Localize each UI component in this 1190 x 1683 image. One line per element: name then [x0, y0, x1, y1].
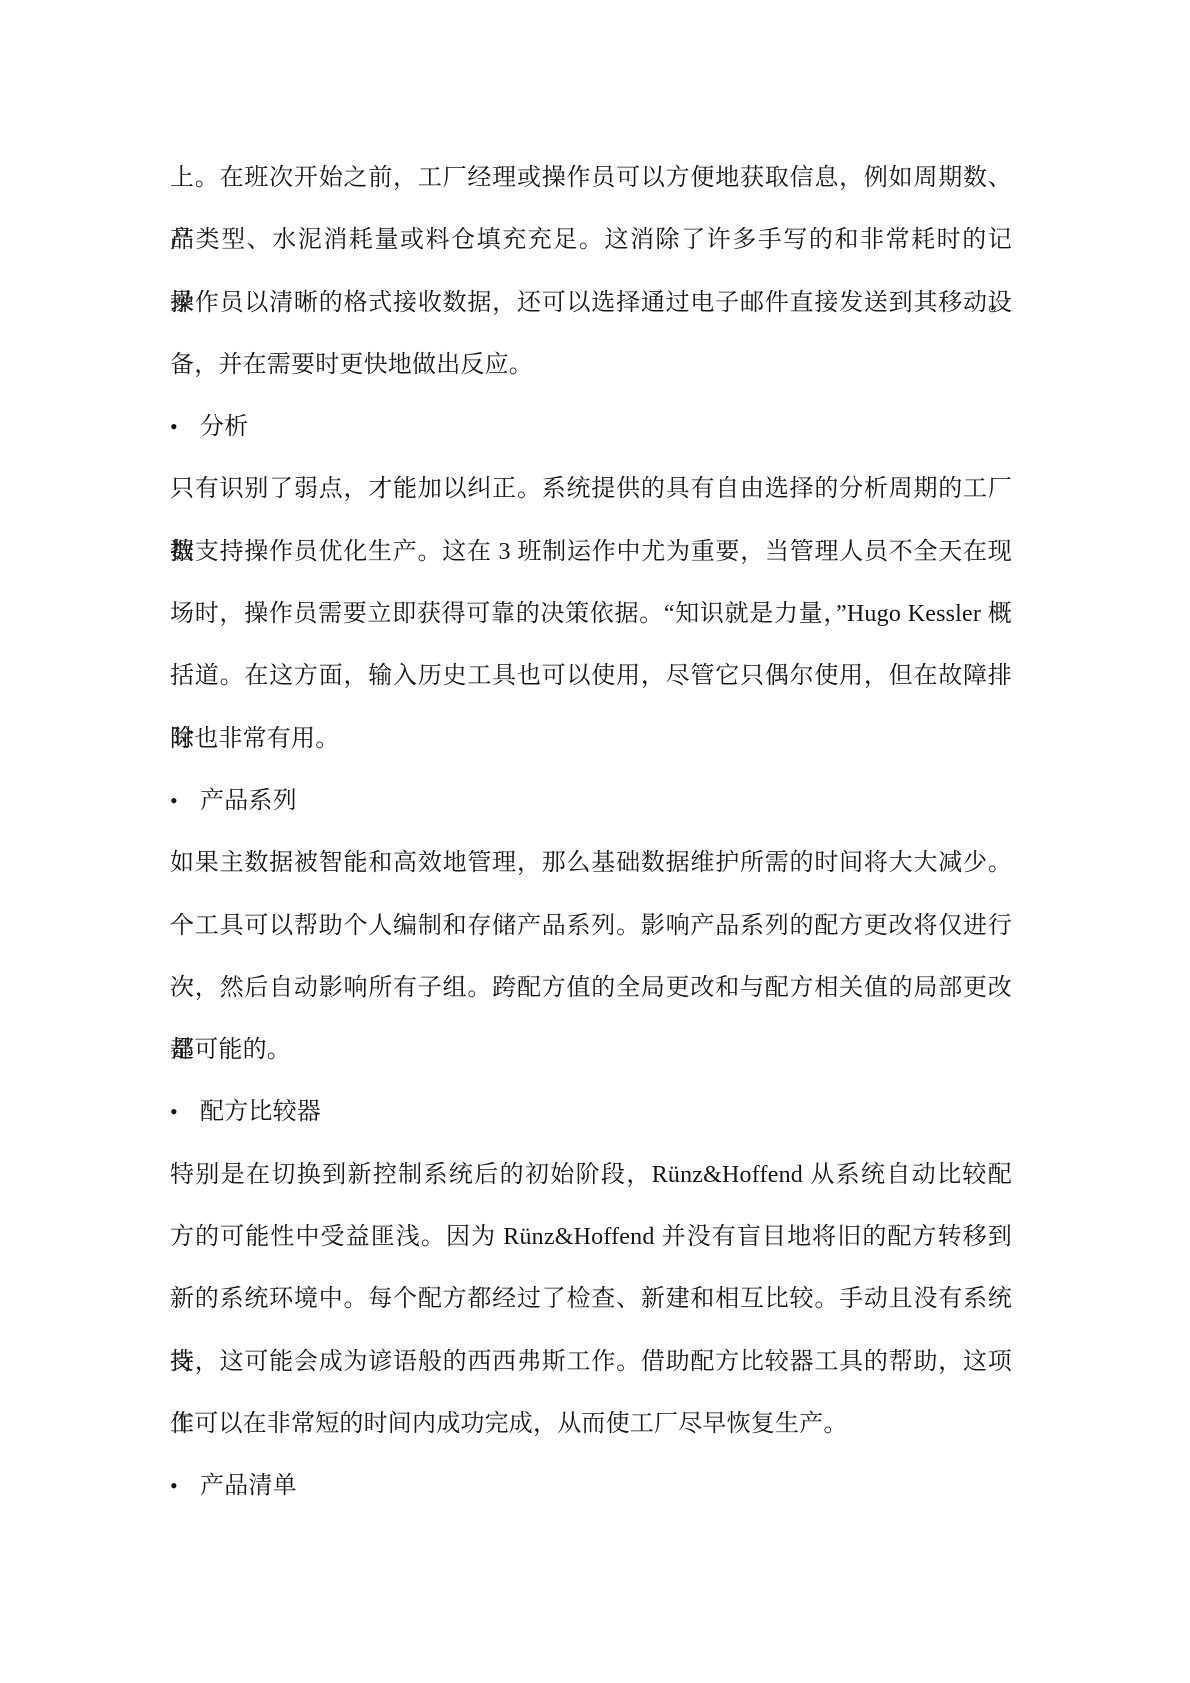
- text-line: 时也非常有用。: [170, 708, 1012, 770]
- bullet-item: •分析: [170, 396, 1012, 458]
- bullet-marker: •: [170, 396, 184, 458]
- text-line: 个工具可以帮助个人编制和存储产品系列。影响产品系列的配方更改将仅进行一: [170, 895, 1012, 957]
- bullet-marker: •: [170, 1455, 184, 1517]
- paragraph: 只有识别了弱点，才能加以纠正。系统提供的具有自由选择的分析周期的工厂数据支持操作…: [170, 458, 1012, 769]
- text-line: 作可以在非常短的时间内成功完成，从而使工厂尽早恢复生产。: [170, 1393, 1012, 1455]
- text-line: 新的系统环境中。每个配方都经过了检查、新建和相互比较。手动且没有系统支: [170, 1268, 1012, 1330]
- text-line: 方的可能性中受益匪浅。因为 Rünz&Hoffend 并没有盲目地将旧的配方转移…: [170, 1206, 1012, 1268]
- text-line: 只有识别了弱点，才能加以纠正。系统提供的具有自由选择的分析周期的工厂数: [170, 458, 1012, 520]
- text-line: 品类型、水泥消耗量或料仓填充充足。这消除了许多手写的和非常耗时的记录。: [170, 209, 1012, 271]
- bullet-label: 配方比较器: [200, 1099, 321, 1125]
- bullet-marker: •: [170, 770, 184, 832]
- text-line: 是可能的。: [170, 1019, 1012, 1081]
- text-line: 场时，操作员需要立即获得可靠的决策依据。“知识就是力量，”Hugo Kessle…: [170, 583, 1012, 645]
- document-body: 上。在班次开始之前，工厂经理或操作员可以方便地获取信息，例如周期数、产品类型、水…: [170, 147, 1012, 1518]
- text-line: 上。在班次开始之前，工厂经理或操作员可以方便地获取信息，例如周期数、产: [170, 147, 1012, 209]
- text-line: 如果主数据被智能和高效地管理，那么基础数据维护所需的时间将大大减少。一: [170, 832, 1012, 894]
- text-line: 持，这可能会成为谚语般的西西弗斯工作。借助配方比较器工具的帮助，这项工: [170, 1331, 1012, 1393]
- bullet-marker: •: [170, 1081, 184, 1143]
- paragraph: 特别是在切换到新控制系统后的初始阶段，Rünz&Hoffend 从系统自动比较配…: [170, 1144, 1012, 1455]
- bullet-item: •配方比较器: [170, 1081, 1012, 1143]
- document-page: 上。在班次开始之前，工厂经理或操作员可以方便地获取信息，例如周期数、产品类型、水…: [0, 0, 1190, 1683]
- bullet-line: •分析: [170, 396, 1012, 458]
- paragraph: 如果主数据被智能和高效地管理，那么基础数据维护所需的时间将大大减少。一个工具可以…: [170, 832, 1012, 1081]
- bullet-label: 产品清单: [200, 1473, 297, 1499]
- bullet-line: •配方比较器: [170, 1081, 1012, 1143]
- paragraph: 上。在班次开始之前，工厂经理或操作员可以方便地获取信息，例如周期数、产品类型、水…: [170, 147, 1012, 396]
- text-line: 据支持操作员优化生产。这在 3 班制运作中尤为重要，当管理人员不全天在现: [170, 521, 1012, 583]
- text-line: 特别是在切换到新控制系统后的初始阶段，Rünz&Hoffend 从系统自动比较配: [170, 1144, 1012, 1206]
- text-line: 操作员以清晰的格式接收数据，还可以选择通过电子邮件直接发送到其移动设: [170, 272, 1012, 334]
- text-line: 括道。在这方面，输入历史工具也可以使用，尽管它只偶尔使用，但在故障排除: [170, 645, 1012, 707]
- bullet-label: 分析: [200, 414, 248, 440]
- bullet-line: •产品清单: [170, 1455, 1012, 1517]
- bullet-line: •产品系列: [170, 770, 1012, 832]
- text-line: 次，然后自动影响所有子组。跨配方值的全局更改和与配方相关值的局部更改都: [170, 957, 1012, 1019]
- bullet-item: •产品清单: [170, 1455, 1012, 1517]
- bullet-label: 产品系列: [200, 788, 297, 814]
- text-line: 备，并在需要时更快地做出反应。: [170, 334, 1012, 396]
- bullet-item: •产品系列: [170, 770, 1012, 832]
